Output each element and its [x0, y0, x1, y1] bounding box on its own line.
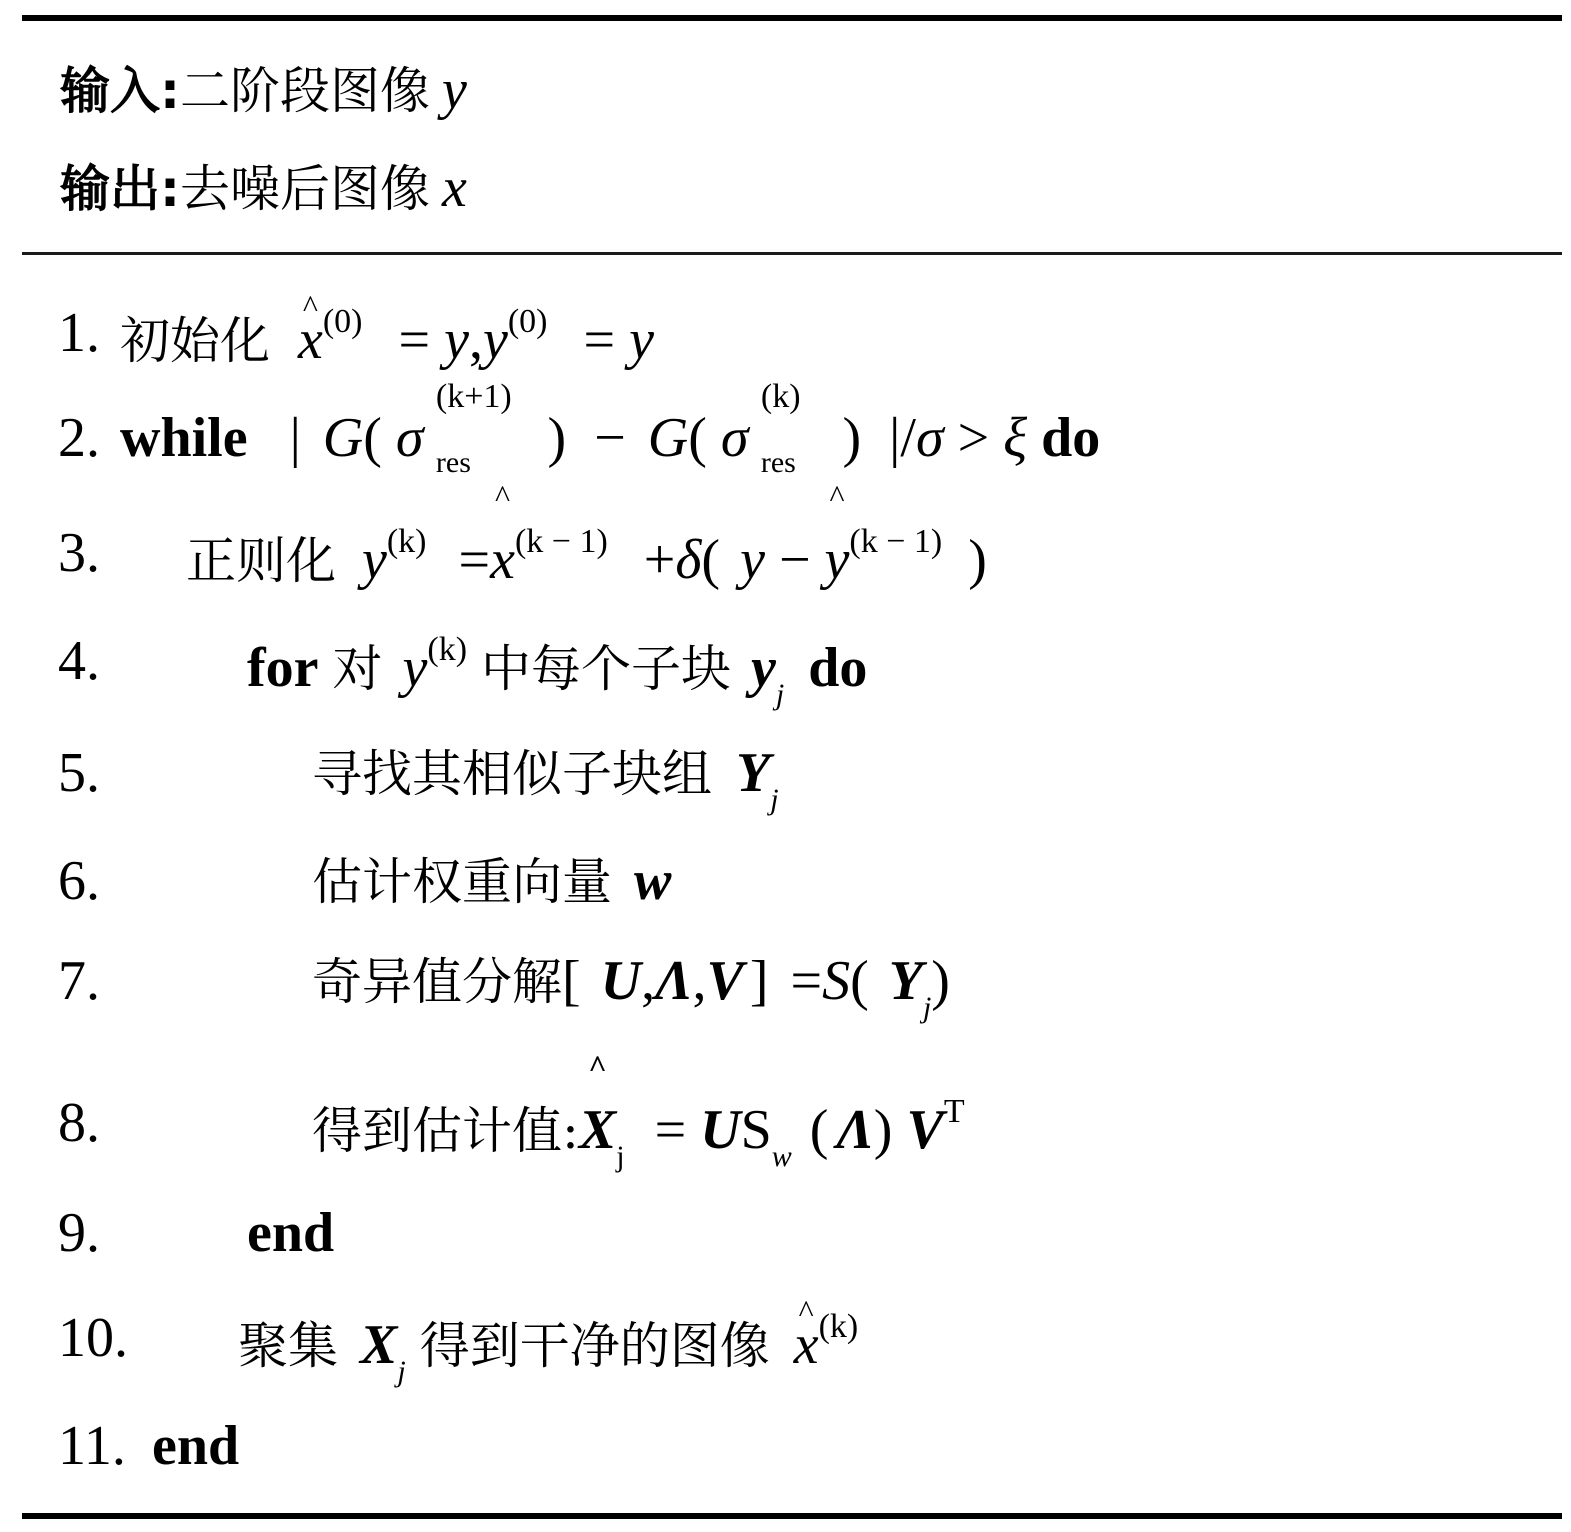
math-y: y	[444, 309, 469, 371]
keyword-do: do	[1041, 407, 1100, 469]
step-text: 奇异值分解	[312, 953, 562, 1011]
step-text: 初始化	[120, 312, 270, 370]
math-eq: =	[790, 950, 822, 1012]
math-minus: −	[594, 407, 626, 469]
math-delta: δ	[675, 529, 701, 591]
step-body: 奇异值分解[ U,Λ,V] =S( Yj)	[312, 953, 950, 1023]
step-number: 1.	[58, 305, 100, 361]
step-number: 5.	[58, 745, 100, 801]
step-text: 得到估计值:	[312, 1102, 579, 1160]
input-label: 输入:	[60, 62, 180, 120]
step-body: 初始化 x(0) = y,y(0) = y	[120, 305, 654, 368]
step-body: end	[152, 1418, 239, 1474]
input-var: y	[442, 59, 467, 121]
step-number: 9.	[58, 1205, 100, 1261]
math-slash: /	[900, 407, 916, 469]
step-number: 4.	[58, 633, 100, 689]
math-sub-w: w	[772, 1140, 792, 1173]
math-xi: ξ	[1003, 407, 1027, 469]
math-sup: (k+1)	[436, 380, 512, 414]
step-number: 2.	[58, 410, 100, 466]
math-sup: (k)	[387, 523, 427, 560]
math-Lambda-bold: Λ	[836, 1099, 873, 1161]
math-lbracket: [	[562, 950, 581, 1012]
output-text: 去噪后图像	[180, 160, 430, 218]
step-text: 正则化	[186, 532, 336, 590]
keyword-for: for	[247, 637, 319, 699]
math-lparen: (	[810, 1099, 829, 1161]
step-body: while | G( σ(k+1)res ) − G( σ(k)res ) |/…	[120, 410, 1100, 466]
math-sub-j: j	[397, 1355, 405, 1388]
math-xhat: x	[794, 1317, 819, 1373]
math-sigma: σ	[396, 407, 424, 469]
math-V-bold: V	[706, 950, 743, 1012]
math-lparen: (	[850, 950, 869, 1012]
math-U-bold: U	[700, 1099, 740, 1161]
step-body: 估计权重向量 w	[312, 853, 671, 909]
header-divider	[22, 252, 1562, 255]
step-number: 10.	[58, 1310, 128, 1366]
math-y: y	[483, 309, 508, 371]
step-number: 11.	[58, 1418, 126, 1474]
math-sub: res	[761, 448, 796, 478]
math-gt: >	[958, 407, 990, 469]
math-G: G	[323, 407, 363, 469]
math-G: G	[648, 407, 688, 469]
step-body: 寻找其相似子块组 Yj	[312, 745, 779, 815]
step-number: 3.	[58, 525, 100, 581]
step-body: for 对 y(k) 中每个子块 yj do	[247, 633, 867, 710]
math-sup: (k − 1)	[849, 523, 942, 560]
math-abs-open: |	[290, 407, 301, 469]
math-xhat: x	[490, 532, 515, 588]
math-rparen: )	[931, 950, 950, 1012]
output-var: x	[442, 157, 467, 219]
step-number: 7.	[58, 953, 100, 1009]
math-Xhat-bold: X	[579, 1102, 616, 1158]
math-X-bold: X	[360, 1314, 397, 1376]
step-number: 8.	[58, 1095, 100, 1151]
math-sup: (k − 1)	[515, 523, 608, 560]
math-sup: (k)	[761, 380, 801, 414]
step-text-2: 中每个子块	[481, 640, 731, 698]
math-sub: res	[436, 448, 471, 478]
math-sup: (k)	[427, 631, 467, 668]
math-Lambda-bold: Λ	[655, 950, 692, 1012]
math-rbracket: ]	[750, 950, 769, 1012]
bottom-rule	[22, 1513, 1562, 1519]
math-abs-close: |	[889, 407, 900, 469]
step-text: 估计权重向量	[312, 853, 612, 911]
math-y: y	[403, 637, 428, 699]
keyword-while: while	[120, 407, 248, 469]
math-Y-bold: Y	[889, 950, 923, 1012]
math-sup-T: T	[944, 1093, 965, 1130]
math-y-bold: y	[751, 637, 776, 699]
step-text: 聚集	[238, 1317, 338, 1375]
math-w-bold: w	[634, 850, 671, 912]
math-rparen: )	[548, 407, 567, 469]
math-rparen: )	[874, 1099, 893, 1161]
math-y: y	[362, 529, 387, 591]
math-y: y	[740, 529, 765, 591]
step-text: 寻找其相似子块组	[312, 745, 712, 803]
math-sub-j: j	[770, 783, 778, 816]
math-eq: =	[583, 309, 615, 371]
math-y: y	[629, 309, 654, 371]
math-sup: (k)	[819, 1308, 859, 1345]
math-sub-j: j	[776, 678, 784, 711]
math-comma: ,	[692, 950, 706, 1012]
math-S: S	[741, 1099, 772, 1161]
math-sigma: σ	[721, 407, 749, 469]
step-body: 聚集 Xj 得到干净的图像 x(k)	[238, 1310, 858, 1387]
math-minus: −	[779, 529, 811, 591]
step-text-2: 得到干净的图像	[420, 1317, 770, 1375]
math-U-bold: U	[601, 950, 641, 1012]
math-sigma: σ	[916, 407, 944, 469]
step-number: 6.	[58, 853, 100, 909]
step-body: end	[247, 1205, 334, 1261]
math-eq: =	[399, 309, 431, 371]
step-body: 得到估计值:Xj = USw (Λ) VT	[312, 1095, 965, 1172]
math-lparen: (	[701, 529, 720, 591]
math-plus: +	[644, 529, 676, 591]
keyword-end: end	[152, 1415, 239, 1477]
math-eq: =	[655, 1099, 687, 1161]
input-line: 输入:二阶段图像y	[60, 62, 467, 118]
top-rule	[22, 15, 1562, 21]
step-text: 对	[333, 640, 383, 698]
math-sub-j: j	[616, 1140, 624, 1173]
keyword-do: do	[808, 637, 867, 699]
math-comma: ,	[641, 950, 655, 1012]
math-V-bold: V	[906, 1099, 943, 1161]
output-line: 输出:去噪后图像x	[60, 160, 467, 216]
math-rparen: )	[843, 407, 862, 469]
math-Y-bold: Y	[736, 742, 770, 804]
step-body: 正则化 y(k) =x(k − 1) +δ( y − y(k − 1) )	[186, 525, 987, 588]
math-lparen: (	[688, 407, 707, 469]
math-sigma-k: σ(k)res	[721, 410, 749, 466]
math-lparen: (	[363, 407, 382, 469]
math-sup: (0)	[323, 303, 363, 340]
math-rparen: )	[968, 529, 987, 591]
math-eq: =	[459, 529, 491, 591]
keyword-end: end	[247, 1202, 334, 1264]
math-xhat: x	[298, 312, 323, 368]
input-text: 二阶段图像	[180, 62, 430, 120]
math-yhat: y	[825, 532, 850, 588]
output-label: 输出:	[60, 160, 180, 218]
math-sigma-k1: σ(k+1)res	[396, 410, 424, 466]
math-comma: ,	[469, 309, 483, 371]
math-sup: (0)	[508, 303, 548, 340]
math-S: S	[822, 950, 850, 1012]
